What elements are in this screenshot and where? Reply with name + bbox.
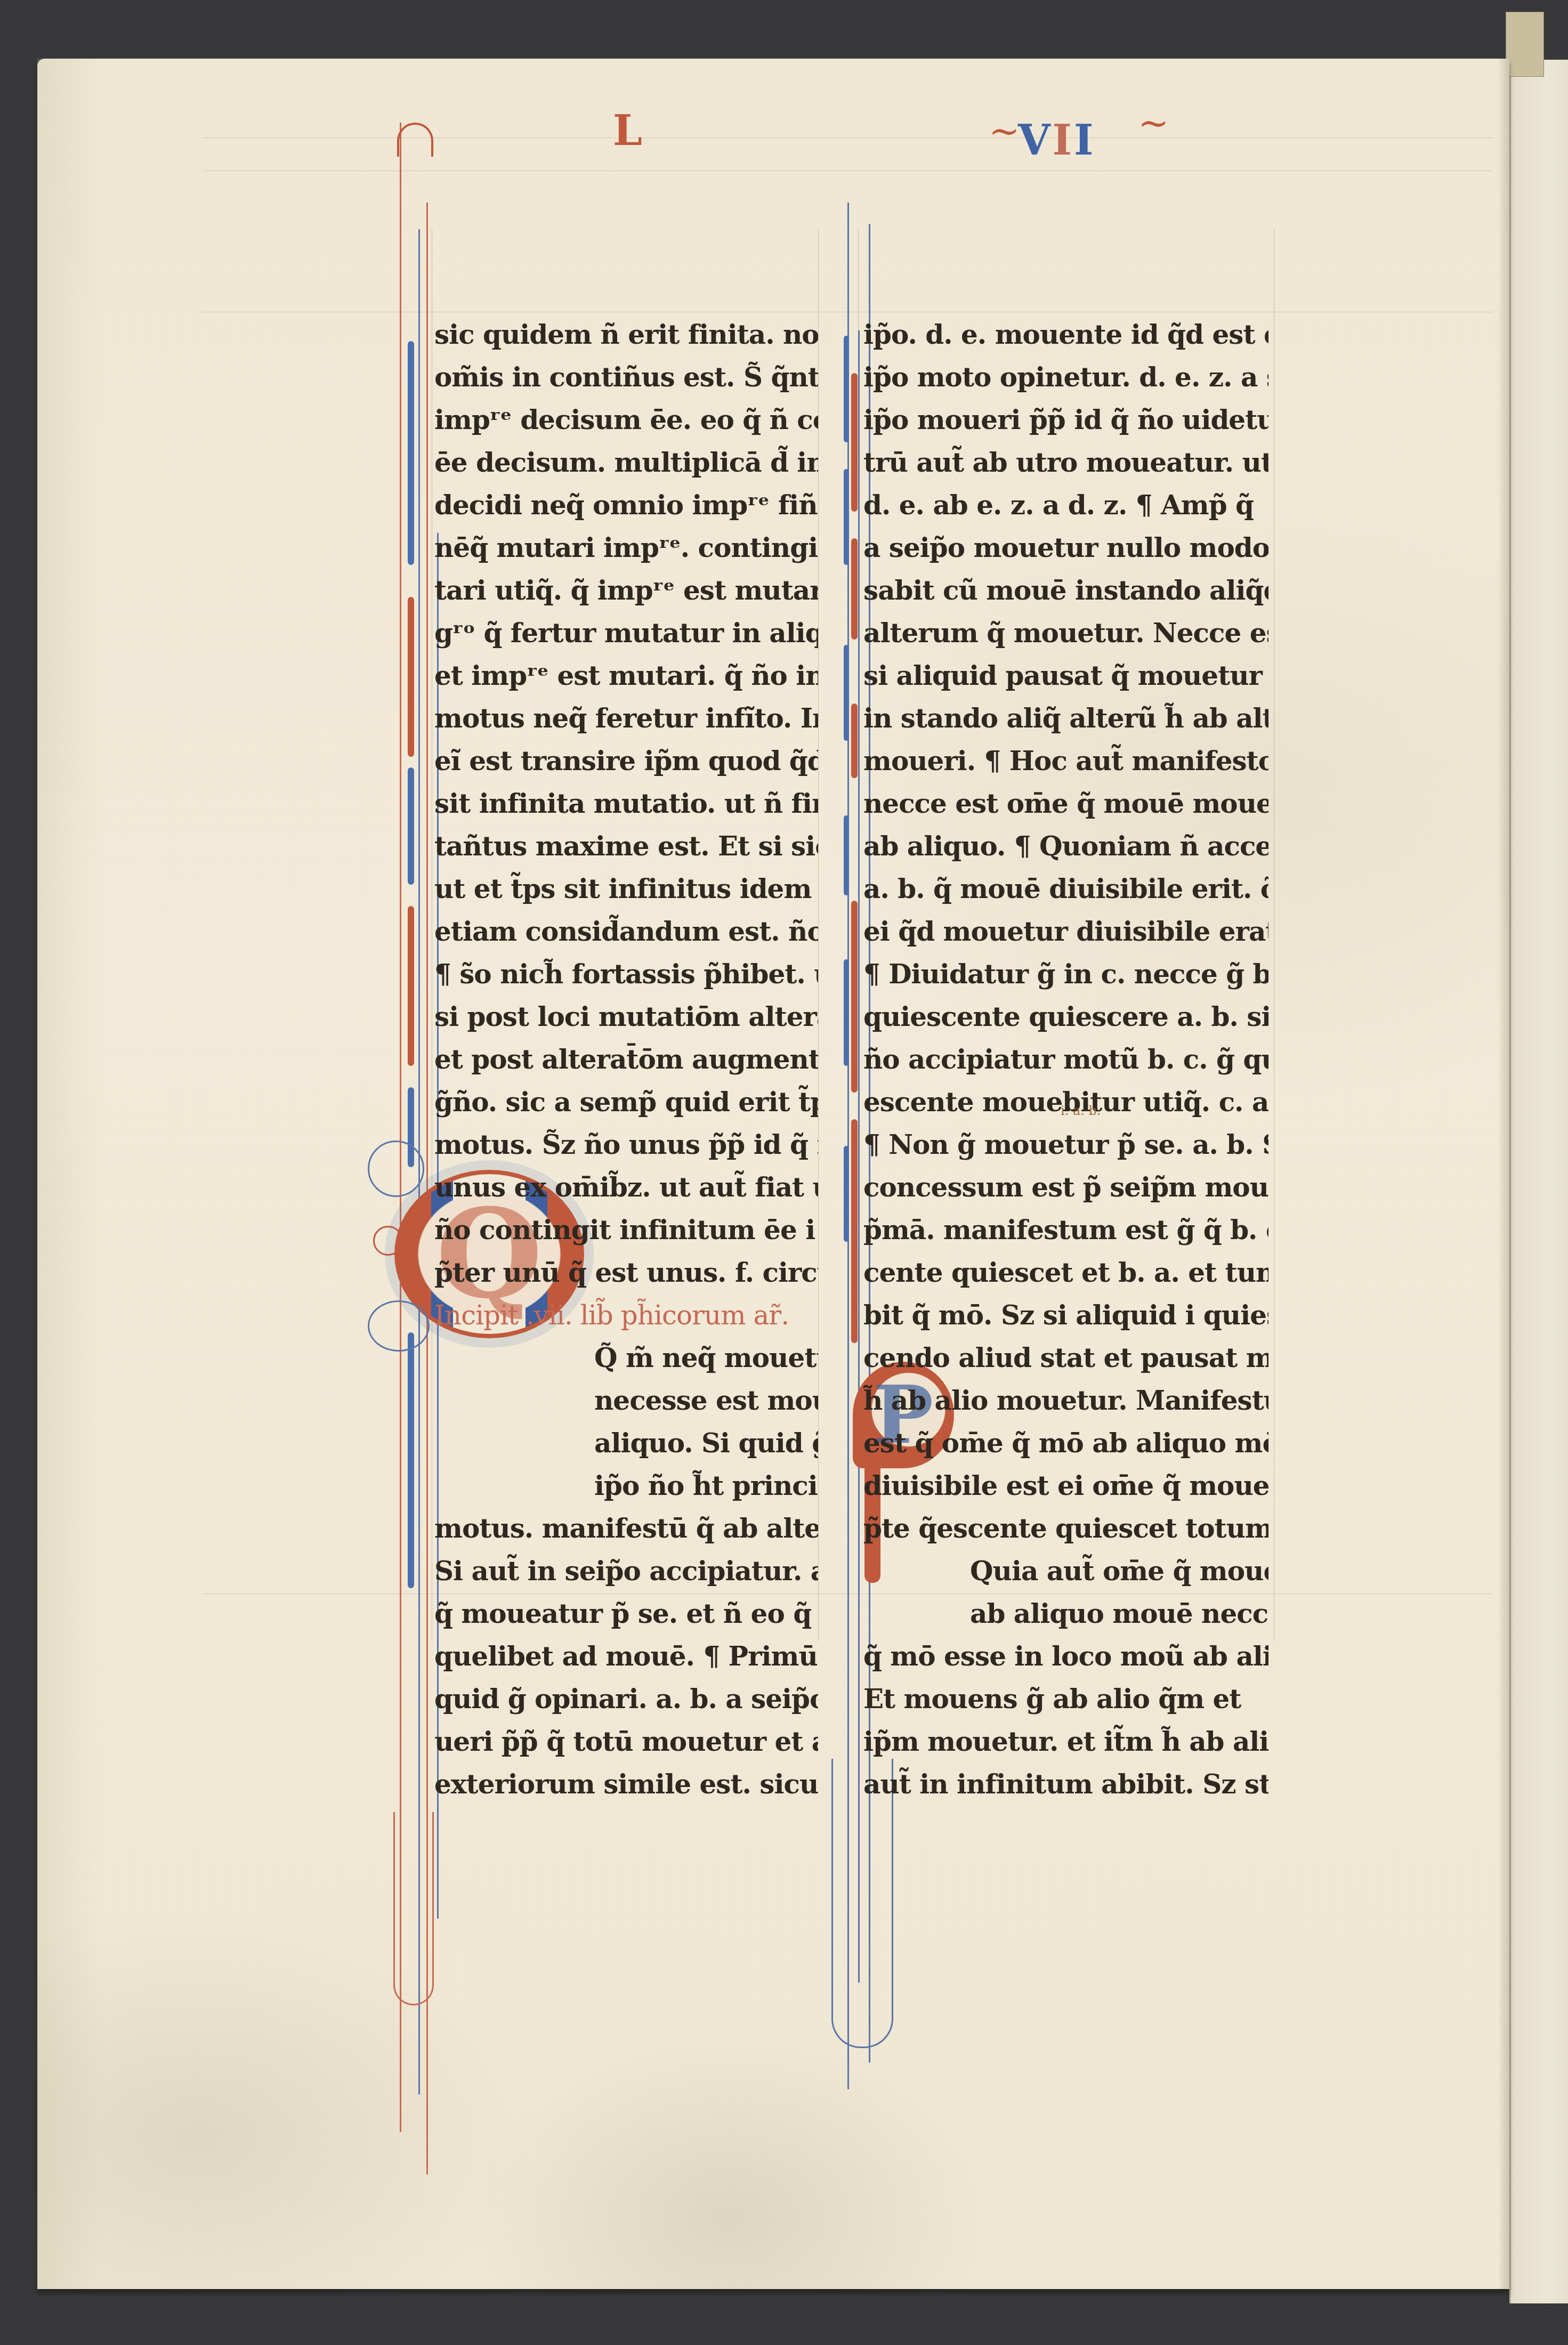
text-line: moueri. ¶ Hoc aut̃ manifesto facto bbox=[863, 740, 1268, 782]
running-head-right: VII bbox=[1018, 116, 1096, 165]
text-line: Et mouens g̃ ab alio q̃m et bbox=[863, 1678, 1268, 1720]
text-line: quiescente quiescere a. b. si enĩ bbox=[863, 996, 1268, 1038]
page-gutter-shadow bbox=[1498, 59, 1509, 2289]
text-line: p̃ter unū q̃ est unus. f. circulatio. bbox=[434, 1251, 818, 1294]
text-line: sic quidem ñ erit finita. non enĩ bbox=[434, 313, 818, 356]
running-head-numeral: I bbox=[1053, 116, 1074, 165]
penwork-bar bbox=[408, 597, 414, 757]
penwork-bar bbox=[851, 901, 858, 1093]
text-line: alterum q̃ mouetur. Necce est g̃ bbox=[863, 612, 1268, 654]
text-line: h̃ ab alio mouetur. Manifestum g̃ bbox=[863, 1379, 1268, 1422]
text-line: om̃is in contiñus est. S̃ q̃ntum q̃ bbox=[434, 356, 818, 399]
text-line: sit infinita mutatio. ut ñ finiatur bbox=[434, 782, 818, 825]
ruling-vertical bbox=[1274, 229, 1274, 1641]
penwork-bar bbox=[408, 906, 414, 1066]
text-line: motus neq̃ feretur infĩto. Impʳᵉ bbox=[434, 697, 818, 740]
text-line: motus. manifestū q̃ ab altero mouē. bbox=[434, 1507, 818, 1550]
text-line: ¶ Non g̃ mouetur p̃ se. a. b. Set bbox=[863, 1123, 1268, 1166]
text-line: et impʳᵉ est mutari. q̃ ño infinitus bbox=[434, 654, 818, 697]
penwork-bar bbox=[844, 645, 849, 741]
text-line: ip̃o. d. e. mouente id q̃d est e. z. et bbox=[863, 313, 1268, 356]
text-line: q̃ moueatur p̃ se. et ñ eo q̃ eorū bbox=[434, 1592, 818, 1635]
text-line: tañtus maxime est. Et si sic contiñg. bbox=[434, 825, 818, 868]
text-line: in stando aliq̃ alterũ h̃ ab altero bbox=[863, 697, 1268, 740]
text-line: trū aut̃ ab utro moueatur. utr̃ bbox=[863, 441, 1268, 484]
running-head-left: L bbox=[613, 107, 644, 155]
text-line: motus. S̃z ño unus p̃p̃ id q̃ ñ est bbox=[434, 1123, 818, 1166]
text-line: quelibet ad mouē. ¶ Primū bbox=[434, 1635, 818, 1678]
text-line: cente quiescet et b. a. et tunc pausa bbox=[863, 1251, 1268, 1294]
penwork-bar bbox=[851, 1119, 858, 1343]
text-line: diuisibile est ei om̄e q̃ mouetur. et bbox=[863, 1465, 1268, 1507]
penwork-bar bbox=[844, 336, 849, 442]
penwork-bar bbox=[844, 469, 849, 565]
text-line: unus ex om̄ib̃z. ut aut̃ fiat uñ bbox=[434, 1166, 818, 1209]
penwork-bar bbox=[408, 767, 414, 885]
text-line: ab aliquo mouē necce est. bbox=[863, 1592, 1268, 1635]
text-line: tari utiq̃. q̃ impʳᵉ est mutari. Si bbox=[434, 569, 818, 612]
penwork-bar bbox=[844, 1146, 849, 1242]
adjacent-leaf bbox=[1509, 60, 1568, 2303]
penwork-bar bbox=[408, 341, 414, 565]
text-line: ei q̃d mouetur diuisibile erat. bbox=[863, 910, 1268, 953]
text-line: et post alterat̄ōm augmentū et itē bbox=[434, 1038, 818, 1081]
penwork-tail bbox=[397, 123, 433, 157]
text-line: ueri p̃p̃ q̃ totū mouetur et a nullo bbox=[434, 1720, 818, 1763]
text-line: ip̃o moto opinetur. d. e. z. a se bbox=[863, 356, 1268, 399]
penwork-bar bbox=[408, 1332, 414, 1588]
running-head-numeral: V bbox=[1018, 116, 1053, 165]
penwork-bar bbox=[851, 538, 858, 640]
text-line: ip̃o ño h̃t principiū bbox=[434, 1465, 818, 1507]
penwork-foliage bbox=[368, 1141, 424, 1197]
text-line: decidi neq̃ omnio impʳᵉ fiñ ēe fi- bbox=[434, 484, 818, 527]
text-line: g̃ño. sic a semp̃ quid erit t̃ps bbox=[434, 1081, 818, 1123]
text-line: sabit cũ mouē instando aliq̃d bbox=[863, 569, 1268, 612]
text-line: si aliquid pausat q̃ mouetur bbox=[863, 654, 1268, 697]
text-line: etiam consid̃andum est. ño uno q̃d bbox=[434, 910, 818, 953]
text-column-right: ip̃o. d. e. mouente id q̃d est e. z. et … bbox=[863, 313, 1268, 1806]
text-line: ēe decisum. multiplicā d̃ impʳᵉ bbox=[434, 441, 818, 484]
binding-tab bbox=[1506, 12, 1544, 77]
text-line: exteriorum simile est. sicut si q̃s bbox=[434, 1763, 818, 1806]
text-column-left: sic quidem ñ erit finita. non enĩ om̃i… bbox=[434, 313, 818, 1806]
text-line: necesse est moueri ab bbox=[434, 1379, 818, 1422]
interlinear-gloss: i. a. b. bbox=[1061, 1103, 1101, 1118]
text-line: ab aliquo. ¶ Quoniam ñ acceptum ē bbox=[863, 825, 1268, 868]
text-line: ut et t̃ps sit infinitus idem q̃ntũ bbox=[434, 868, 818, 910]
text-line: Q̃ m̃ neq̃ mouetur bbox=[434, 1337, 818, 1379]
text-line: p̃te q̃escente quiescet totum. bbox=[863, 1507, 1268, 1550]
text-line: d. e. ab e. z. a d. z. ¶ Amp̃ q̃ bbox=[863, 484, 1268, 527]
rubric-line: Incipit .vii. lib̃ ph̃icorum ar̃. bbox=[434, 1294, 818, 1337]
text-line: bit q̃ mō. Sz si aliquid i quies bbox=[863, 1294, 1268, 1337]
flourish-icon: ~ bbox=[1138, 101, 1169, 145]
ruling-vertical bbox=[818, 229, 819, 1641]
penwork-foliage bbox=[368, 1300, 430, 1352]
text-line: ¶ Diuidatur g̃ in c. necce g̃ b. c. bbox=[863, 953, 1268, 996]
text-line: Si aut̃ in seip̃o accipiatur. a. b. bbox=[434, 1550, 818, 1592]
ruling-horizontal bbox=[203, 138, 1492, 138]
penwork-bar bbox=[844, 959, 849, 1066]
penwork-stem bbox=[858, 330, 860, 1983]
penwork-bar bbox=[851, 373, 858, 512]
text-line: ¶ s̃o nich̃ fortassis p̃hibet. ut bbox=[434, 953, 818, 996]
flourish-icon: ~ bbox=[989, 109, 1020, 153]
text-line: ip̃m mouetur. et it̃m h̃ ab alio. ño bbox=[863, 1720, 1268, 1763]
text-line: gʳᵒ q̃ fertur mutatur in aliquid bbox=[434, 612, 818, 654]
running-head-numeral: I bbox=[1074, 116, 1096, 165]
text-line: p̃mā. manifestum est g̃ q̃ b. c. q̃es bbox=[863, 1209, 1268, 1251]
text-line: est q̃ om̄e q̃ mō ab aliquo mō. bbox=[863, 1422, 1268, 1465]
text-line: impʳᵉ decisum ēe. eo q̃ ñ contingit bbox=[434, 399, 818, 441]
text-line: concessum est p̃ seip̃m moueri bbox=[863, 1166, 1268, 1209]
text-line: a. b. q̃ mouē diuisibile erit. õe bbox=[863, 868, 1268, 910]
text-line: nēq̃ mutari impʳᵉ. contingit mu bbox=[434, 527, 818, 569]
penwork-foliage bbox=[373, 1226, 403, 1256]
penwork-bar bbox=[851, 703, 858, 778]
text-line: aut̃ in infinitum abibit. Sz stat̃ bbox=[863, 1763, 1268, 1806]
ruling-vertical bbox=[432, 229, 432, 1641]
penwork-bar bbox=[844, 815, 849, 895]
text-line: q̃ mō esse in loco moũ ab alio. bbox=[863, 1635, 1268, 1678]
text-line: ño accipiatur motũ b. c. g̃ qui bbox=[863, 1038, 1268, 1081]
penwork-tail bbox=[393, 1812, 434, 2006]
text-line: eĩ est transire ip̃m quod q̃d g̃ sic ñ bbox=[434, 740, 818, 782]
text-line: a seip̃o mouetur nullo modo pau bbox=[863, 527, 1268, 569]
text-line: cendo aliud stat et pausat moũ. bbox=[863, 1337, 1268, 1379]
text-line: quid g̃ opinari. a. b. a seip̃o mo bbox=[434, 1678, 818, 1720]
text-line: ño contingit infinitum ēe i t̃ps bbox=[434, 1209, 818, 1251]
text-line: Quia aut̃ om̄e q̃ mouetur bbox=[863, 1550, 1268, 1592]
text-line: ip̃o moueri p̃p̃ id q̃ ño uidetur. u bbox=[863, 399, 1268, 441]
ruling-horizontal bbox=[203, 171, 1492, 171]
text-line: aliquo. Si quid g̃ i se bbox=[434, 1422, 818, 1465]
text-line: necce est om̄e q̃ mouē moueri bbox=[863, 782, 1268, 825]
text-line: si post loci mutatiōm alterat̄o fit. bbox=[434, 996, 818, 1038]
